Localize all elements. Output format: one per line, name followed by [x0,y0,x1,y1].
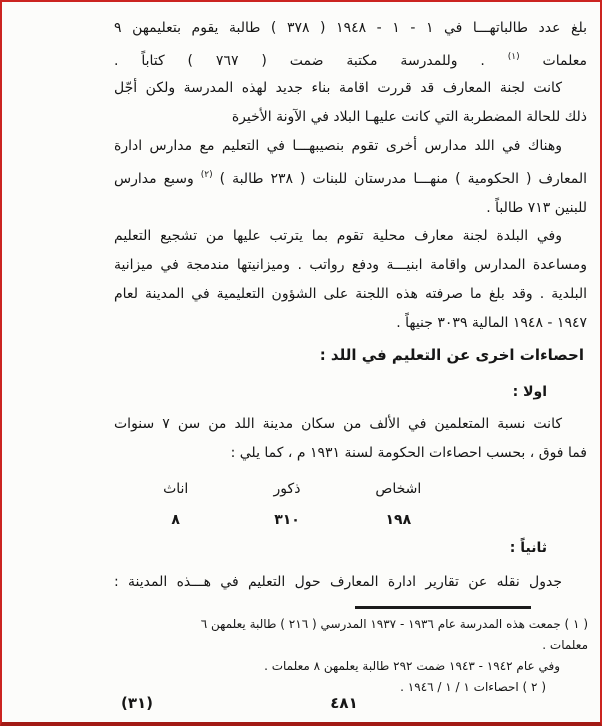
text-segment: . وللمدرسة مكتبة ضمت ( ٧٦٧ ) كتاباً . [114,53,508,69]
footnote-separator [355,606,531,609]
text-line: ومساعدة المدارس واقامة ابنيـــة ودفع روا… [114,251,587,280]
text-line: فما فوق ، بحسب احصاءات الحكومة لسنة ١٩٣١… [114,439,587,468]
chapter-number: (٣١) [114,694,160,712]
text-line: للبنين ٧١٣ طالباً . [114,194,587,223]
text-line: بلغ عدد طالباتهـــا في ١ - ١ - ١٩٤٨ ( ٣٧… [114,14,587,43]
table-header-cell: اناث [120,474,231,505]
table-value-cell: ٨ [120,505,231,536]
text-line: وفي البلدة لجنة معارف محلية تقوم بما يتر… [114,222,587,251]
section-heading: احصاءات اخرى عن التعليم في اللد : [114,342,584,368]
text-line: ١٩٤٧ - ١٩٤٨ المالية ٣٠٣٩ جنيهاً . [114,309,587,338]
footnote-line: ( ١ ) جمعت هذه المدرسة عام ١٩٣٦ - ١٩٣٧ ا… [180,614,588,656]
text-segment: وسبع مدارس [114,171,201,187]
paragraph-table-intro: جدول نقله عن تقارير ادارة المعارف حول ال… [114,568,587,597]
text-line: معلمات (١) . وللمدرسة مكتبة ضمت ( ٧٦٧ ) … [114,43,587,76]
subheading-second: ثانياً : [114,535,587,561]
text-segment: المعارف ( الحكومية ) منهـــا مدرستان للب… [213,171,587,187]
paragraph-education-committee: وفي البلدة لجنة معارف محلية تقوم بما يتر… [114,222,587,338]
subheading-first: اولا : [114,379,587,405]
paragraph-new-building: كانت لجنة المعارف قد قررت اقامة بناء جدي… [114,74,587,132]
text-line: جدول نقله عن تقارير ادارة المعارف حول ال… [114,568,587,597]
paragraph-students-count: بلغ عدد طالباتهـــا في ١ - ١ - ١٩٤٨ ( ٣٧… [114,14,587,76]
text-line: كانت لجنة المعارف قد قررت اقامة بناء جدي… [114,74,587,103]
footnote-marker: (٢) [201,170,213,180]
table-value-cell: ١٩٨ [343,505,454,536]
table-header-cell: ذكور [231,474,342,505]
footnotes-block: ( ١ ) جمعت هذه المدرسة عام ١٩٣٦ - ١٩٣٧ ا… [180,614,588,698]
scanned-book-page: بلغ عدد طالباتهـــا في ١ - ١ - ١٩٤٨ ( ٣٧… [0,0,602,726]
table-header-row: اشخاصذكوراناث [120,474,454,505]
paragraph-literacy-rate: كانت نسبة المتعلمين في الألف من سكان مدي… [114,410,587,468]
page-number: ٤٨١ [327,694,361,712]
table-value-row: ١٩٨٣١٠٨ [120,505,454,536]
text-segment: معلمات [520,53,587,69]
literacy-table: اشخاصذكوراناث ١٩٨٣١٠٨ [120,474,454,536]
text-line: ذلك للحالة المضطربة التي كانت عليهـا الب… [114,103,587,132]
paragraph-other-schools: وهناك في اللد مدارس أخرى تقوم بنصيبهـــا… [114,132,587,223]
footnote-marker: (١) [508,52,520,62]
table-header-cell: اشخاص [343,474,454,505]
text-line: المعارف ( الحكومية ) منهـــا مدرستان للب… [114,161,587,194]
footnote-line: وفي عام ١٩٤٢ - ١٩٤٣ ضمت ٢٩٢ طالبة يعلمهن… [180,656,588,677]
footnote-line: ( ٢ ) احصاءات ١ / ١ / ١٩٤٦ . [180,677,588,698]
text-line: كانت نسبة المتعلمين في الألف من سكان مدي… [114,410,587,439]
table-value-cell: ٣١٠ [231,505,342,536]
text-line: وهناك في اللد مدارس أخرى تقوم بنصيبهـــا… [114,132,587,161]
text-line: البلدية . وقد بلغ ما صرفته هذه اللجنة عل… [114,280,587,309]
